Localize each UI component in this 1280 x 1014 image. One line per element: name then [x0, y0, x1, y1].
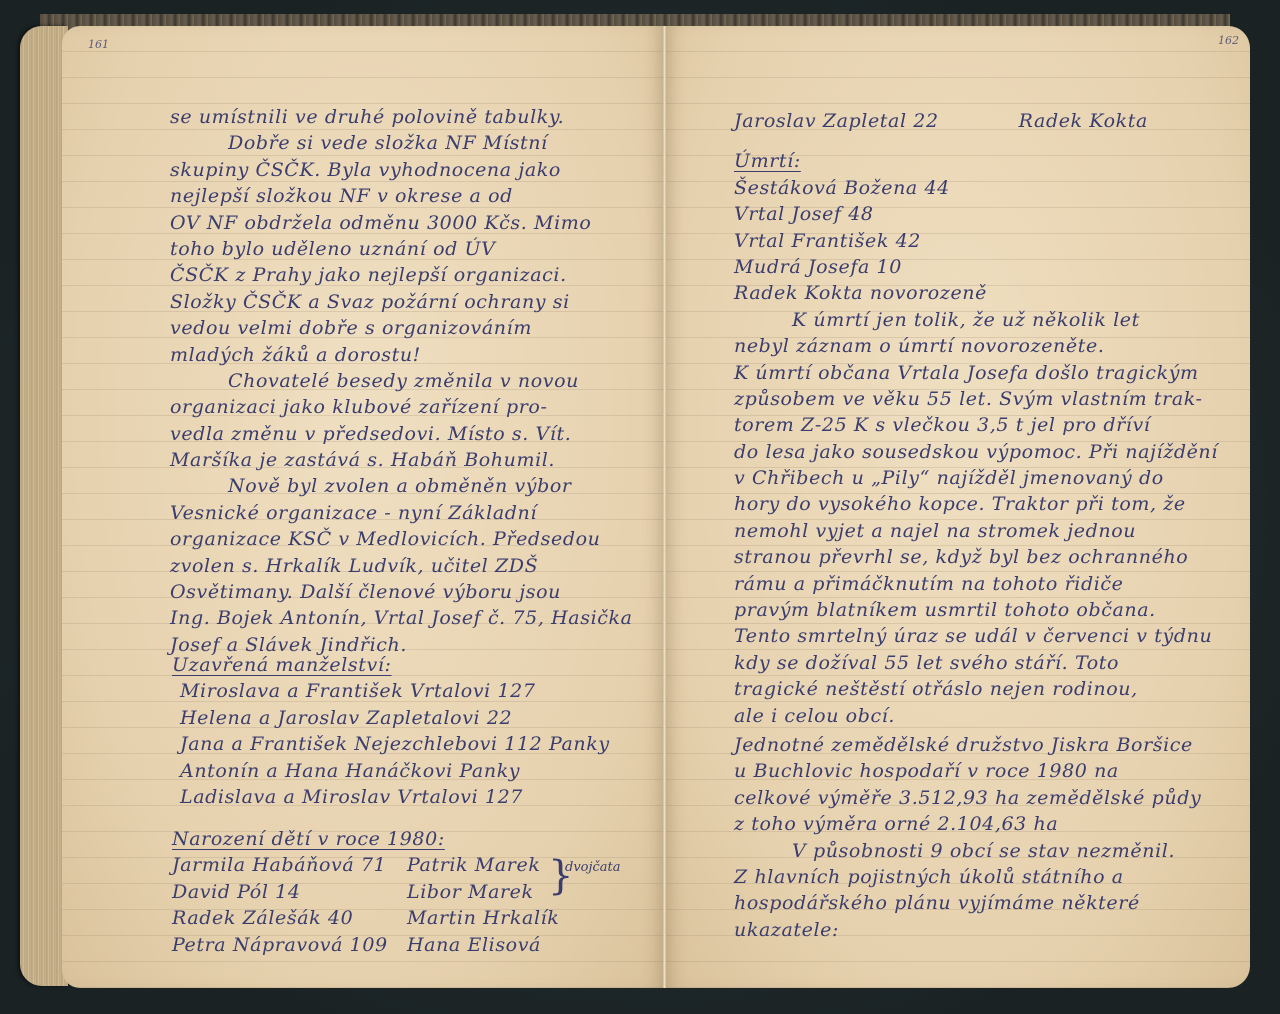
text-line: torem Z-25 K s vlečkou 3,5 t jel pro dří… [734, 412, 1218, 438]
page-number-right: 162 [1218, 34, 1239, 47]
text-line: Ing. Bojek Antonín, Vrtal Josef č. 75, H… [170, 605, 633, 631]
marriages-heading: Uzavřená manželství: [172, 652, 610, 678]
text-line: V působnosti 9 obcí se stav nezměnil. [734, 838, 1201, 864]
text-line: Jednotné zemědělské družstvo Jiskra Borš… [734, 732, 1201, 758]
birth-entry: Hana Elisová [407, 932, 567, 958]
birth-entry: Petra Nápravová 109 [172, 932, 407, 958]
left-page-text: se umístnili ve druhé polovině tabulky. … [170, 104, 633, 658]
text-line: skupiny ČSČK. Byla vyhodnocena jako [170, 157, 633, 183]
text-line: rámu a přimáčknutím na tohoto řidiče [734, 571, 1218, 597]
text-line: ukazatele: [734, 917, 1201, 943]
text-line: pravým blatníkem usmrtil tohoto občana. [734, 597, 1218, 623]
death-entry: Šestáková Božena 44 [734, 175, 1218, 201]
text-line: organizace KSČ v Medlovicích. Předsedou [170, 526, 633, 552]
births-continued: Jaroslav Zapletal 22 Radek Kokta [734, 108, 1218, 134]
text-line: způsobem ve věku 55 let. Svým vlastním t… [734, 386, 1218, 412]
text-line: kdy se dožíval 55 let svého stáří. Toto [734, 650, 1218, 676]
death-entry: Vrtal František 42 [734, 228, 1218, 254]
birth-entry: Martin Hrkalík [407, 905, 567, 931]
right-page-text: Jaroslav Zapletal 22 Radek Kokta Úmrtí: … [734, 108, 1218, 729]
text-line: u Buchlovic hospodaří v roce 1980 na [734, 758, 1201, 784]
text-line: K úmrtí jen tolik, že už několik let [734, 307, 1218, 333]
marriage-entry: Ladislava a Miroslav Vrtalovi 127 [172, 784, 610, 810]
twins-note: dvojčata [565, 860, 621, 875]
births-section: Narození dětí v roce 1980: Jarmila Habáň… [172, 826, 647, 958]
birth-entry: Libor Marek [407, 879, 567, 905]
death-entry: Mudrá Josefa 10 [734, 254, 1218, 280]
text-line: stranou převrhl se, když byl bez ochrann… [734, 544, 1218, 570]
text-line: tragické neštěstí otřáslo nejen rodinou, [734, 676, 1218, 702]
text-line: Osvětimany. Další členové výboru jsou [170, 579, 633, 605]
page-number-left: 161 [88, 38, 109, 51]
text-line: OV NF obdržela odměnu 3000 Kčs. Mimo [170, 210, 633, 236]
text-line: do lesa jako sousedskou výpomoc. Při naj… [734, 439, 1218, 465]
text-line: K úmrtí občana Vrtala Josefa došlo tragi… [734, 360, 1218, 386]
text-line: Nově byl zvolen a obměněn výbor [170, 473, 633, 499]
text-line: celkové výměře 3.512,93 ha zemědělské pů… [734, 785, 1201, 811]
text-line: Chovatelé besedy změnila v novou [170, 368, 633, 394]
text-line: nebyl záznam o úmrtí novorozeněte. [734, 333, 1218, 359]
marriage-entry: Antonín a Hana Hanáčkovi Panky [172, 758, 610, 784]
text-line: zvolen s. Hrkalík Ludvík, učitel ZDŠ [170, 553, 633, 579]
text-line: v Chřibech u „Pily“ najížděl jmenovaný d… [734, 465, 1218, 491]
birth-entry: Radek Kokta [1019, 108, 1148, 134]
text-line: nemohl vyjet a najel na stromek jednou [734, 518, 1218, 544]
birth-entry: Jaroslav Zapletal 22 [734, 108, 939, 134]
marriage-entry: Miroslava a František Vrtalovi 127 [172, 678, 610, 704]
text-line: Vesnické organizace - nyní Základní [170, 500, 633, 526]
marriage-entry: Helena a Jaroslav Zapletalovi 22 [172, 705, 610, 731]
marriages-section: Uzavřená manželství: Miroslava a Františ… [172, 652, 610, 810]
births-heading: Narození dětí v roce 1980: [172, 826, 647, 852]
birth-entry: David Pól 14 [172, 879, 407, 905]
text-line: Z hlavních pojistných úkolů státního a [734, 864, 1201, 890]
text-line: mladých žáků a dorostu! [170, 342, 633, 368]
death-entry: Radek Kokta novorozeně [734, 280, 1218, 306]
text-line: Složky ČSČK a Svaz požární ochrany si [170, 289, 633, 315]
text-line: hospodářského plánu vyjímáme některé [734, 890, 1201, 916]
death-entry: Vrtal Josef 48 [734, 201, 1218, 227]
deaths-heading: Úmrtí: [734, 148, 1218, 174]
text-line: z toho výměra orné 2.104,63 ha [734, 811, 1201, 837]
marriage-entry: Jana a František Nejezchlebovi 112 Panky [172, 731, 610, 757]
text-line: Dobře si vede složka NF Místní [170, 130, 633, 156]
text-line: Maršíka je zastává s. Habáň Bohumil. [170, 447, 633, 473]
cooperative-section: Jednotné zemědělské družstvo Jiskra Borš… [734, 732, 1201, 943]
book-gutter [663, 26, 666, 988]
text-line: organizaci jako klubové zařízení pro- [170, 394, 633, 420]
birth-entry: Radek Zálešák 40 [172, 905, 407, 931]
birth-entry: Patrik Marek [407, 852, 567, 878]
text-line: vedla změnu v předsedovi. Místo s. Vít. [170, 421, 633, 447]
text-line: Tento smrtelný úraz se udál v červenci v… [734, 623, 1218, 649]
text-line: se umístnili ve druhé polovině tabulky. [170, 104, 633, 130]
birth-entry: Jarmila Habáňová 71 [172, 852, 407, 878]
text-line: toho bylo uděleno uznání od ÚV [170, 236, 633, 262]
text-line: nejlepší složkou NF v okrese a od [170, 183, 633, 209]
text-line: ČSČK z Prahy jako nejlepší organizaci. [170, 262, 633, 288]
page-stack-left-edge [20, 26, 68, 986]
text-line: vedou velmi dobře s organizováním [170, 315, 633, 341]
text-line: hory do vysokého kopce. Traktor při tom,… [734, 491, 1218, 517]
text-line: ale i celou obcí. [734, 703, 1218, 729]
